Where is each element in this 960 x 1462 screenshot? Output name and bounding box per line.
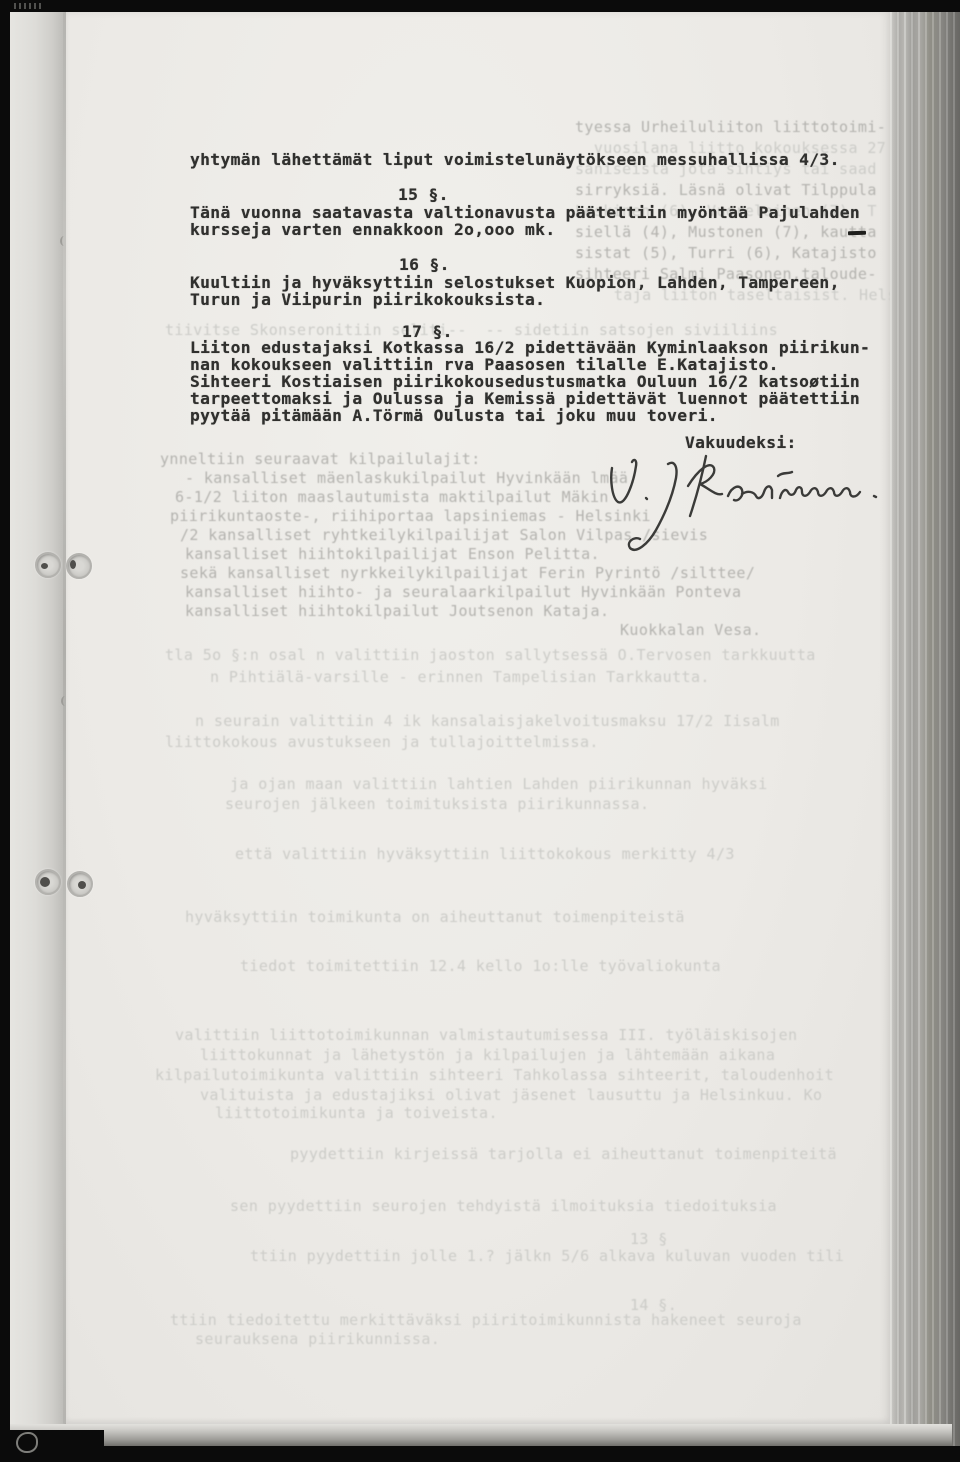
ghost-line: ttiin pyydettiin jolle 1.? jälkn 5/6 alk… bbox=[250, 1247, 844, 1265]
ghost-line: tyessa Urheiluliiton liittotoimi- bbox=[575, 118, 886, 136]
ghost-line: että valittiin hyväksyttiin liittokokous… bbox=[235, 845, 735, 863]
page-stack-right-edge bbox=[890, 12, 960, 1448]
ghost-line: valituista ja edustajiksi olivat jäsenet… bbox=[200, 1086, 822, 1104]
ghost-line: seurojen jälkeen toimituksista piirikunn… bbox=[225, 795, 649, 813]
crease-notch bbox=[61, 696, 69, 706]
ghost-line: tiivitse Skonseronitiin seliti-- -- side… bbox=[165, 321, 778, 339]
page-under-strip bbox=[10, 12, 66, 1446]
punch-hole bbox=[35, 552, 61, 578]
film-edge-marking-top bbox=[14, 3, 42, 9]
ghost-line: liittokokous avustukseen ja tullajoittel… bbox=[165, 733, 599, 751]
ghost-line: sen pyydettiin seurojen tehdyistä ilmoit… bbox=[230, 1197, 777, 1215]
ghost-line: Kuokkalan Vesa. bbox=[620, 621, 761, 639]
ghost-line: sirryksiä. Läsnä olivat Tilppula bbox=[575, 181, 877, 199]
page-stack-bottom-edge bbox=[10, 1424, 952, 1446]
punch-hole bbox=[35, 869, 61, 895]
ghost-line: siellä (4), Mustonen (7), kautta bbox=[575, 223, 877, 241]
ghost-line: seurauksena piirikunnissa. bbox=[195, 1330, 440, 1348]
scanned-minutes-page: tyessa Urheiluliiton liittotoimi- vuosil… bbox=[0, 0, 960, 1462]
scan-frame-top bbox=[0, 0, 960, 12]
ghost-line: ja ojan maan valittiin lahtien Lahden pi… bbox=[230, 775, 768, 793]
ghost-line: kilpailutoimikunta valittiin sihteeri Ta… bbox=[155, 1066, 834, 1084]
ghost-line: pyydettiin kirjeissä tarjolla ei aiheutt… bbox=[290, 1145, 837, 1163]
ghost-line: kansalliset hiihtokilpailut Joutsenon Ka… bbox=[185, 602, 609, 620]
section-heading-15: 15 §. bbox=[398, 185, 449, 204]
ghost-line: kansalliset hiihto- ja seuralaarkilpailu… bbox=[185, 583, 741, 601]
ghost-line: tla 5o §:n osal n valittiin jaoston sall… bbox=[165, 646, 816, 664]
ghost-line: 6-1/2 liiton maaslautumista maktilpailut… bbox=[175, 488, 609, 506]
ghost-line: tiedot toimitettiin 12.4 kello 1o:lle ty… bbox=[240, 957, 721, 975]
signature-vj-kostiainen bbox=[590, 446, 890, 576]
punch-hole bbox=[67, 871, 93, 897]
ghost-line: ttiin tiedoitettu merkittäväksi piiritoi… bbox=[170, 1311, 802, 1329]
binding-crease bbox=[63, 12, 66, 1424]
ghost-line: liittotoimikunta ja toiveista. bbox=[215, 1104, 498, 1122]
paragraph-line: pyytää pitämään A.Törmä Oulusta tai joku… bbox=[190, 406, 718, 425]
paragraph-line: kursseja varten ennakkoon 2o,ooo mk. bbox=[190, 220, 555, 239]
ghost-line: liittokunnat ja lähetystön ja kilpailuje… bbox=[200, 1046, 775, 1064]
scan-frame-bottom bbox=[0, 1446, 960, 1462]
section-heading-16: 16 §. bbox=[399, 255, 450, 274]
paragraph-line: Turun ja Viipurin piirikokouksista. bbox=[190, 290, 545, 309]
ghost-line: valittiin liittotoimikunnan valmistautum… bbox=[175, 1026, 797, 1044]
ghost-line: sistat (5), Turri (6), Katajisto bbox=[575, 244, 877, 262]
ghost-line: kansalliset hiihtokilpailijat Enson Peli… bbox=[185, 545, 600, 563]
ghost-line: ynneltiin seuraavat kilpailulajit: bbox=[160, 450, 481, 468]
ghost-line: n seurain valittiin 4 ik kansalaisjakelv… bbox=[195, 712, 780, 730]
ghost-line: 13 § bbox=[630, 1230, 668, 1248]
crease-notch bbox=[60, 236, 68, 246]
punch-hole bbox=[66, 553, 92, 579]
ghost-line: - kansalliset mäenlaskukilpailut Hyvinkä… bbox=[185, 469, 628, 487]
film-edge-marking-bottom bbox=[16, 1432, 38, 1453]
intro-line: yhtymän lähettämät liput voimistelunäytö… bbox=[190, 150, 840, 169]
scan-frame-left bbox=[0, 0, 10, 1462]
margin-dash-mark bbox=[848, 231, 866, 236]
ghost-line: hyväksyttiin toimikunta on aiheuttanut t… bbox=[185, 908, 685, 926]
ghost-line: n Pihtiälä-varsille - erinnen Tampelisia… bbox=[210, 668, 710, 686]
ghost-line: piirikuntaoste-, riihiportaa lapsiniemas… bbox=[170, 507, 651, 525]
